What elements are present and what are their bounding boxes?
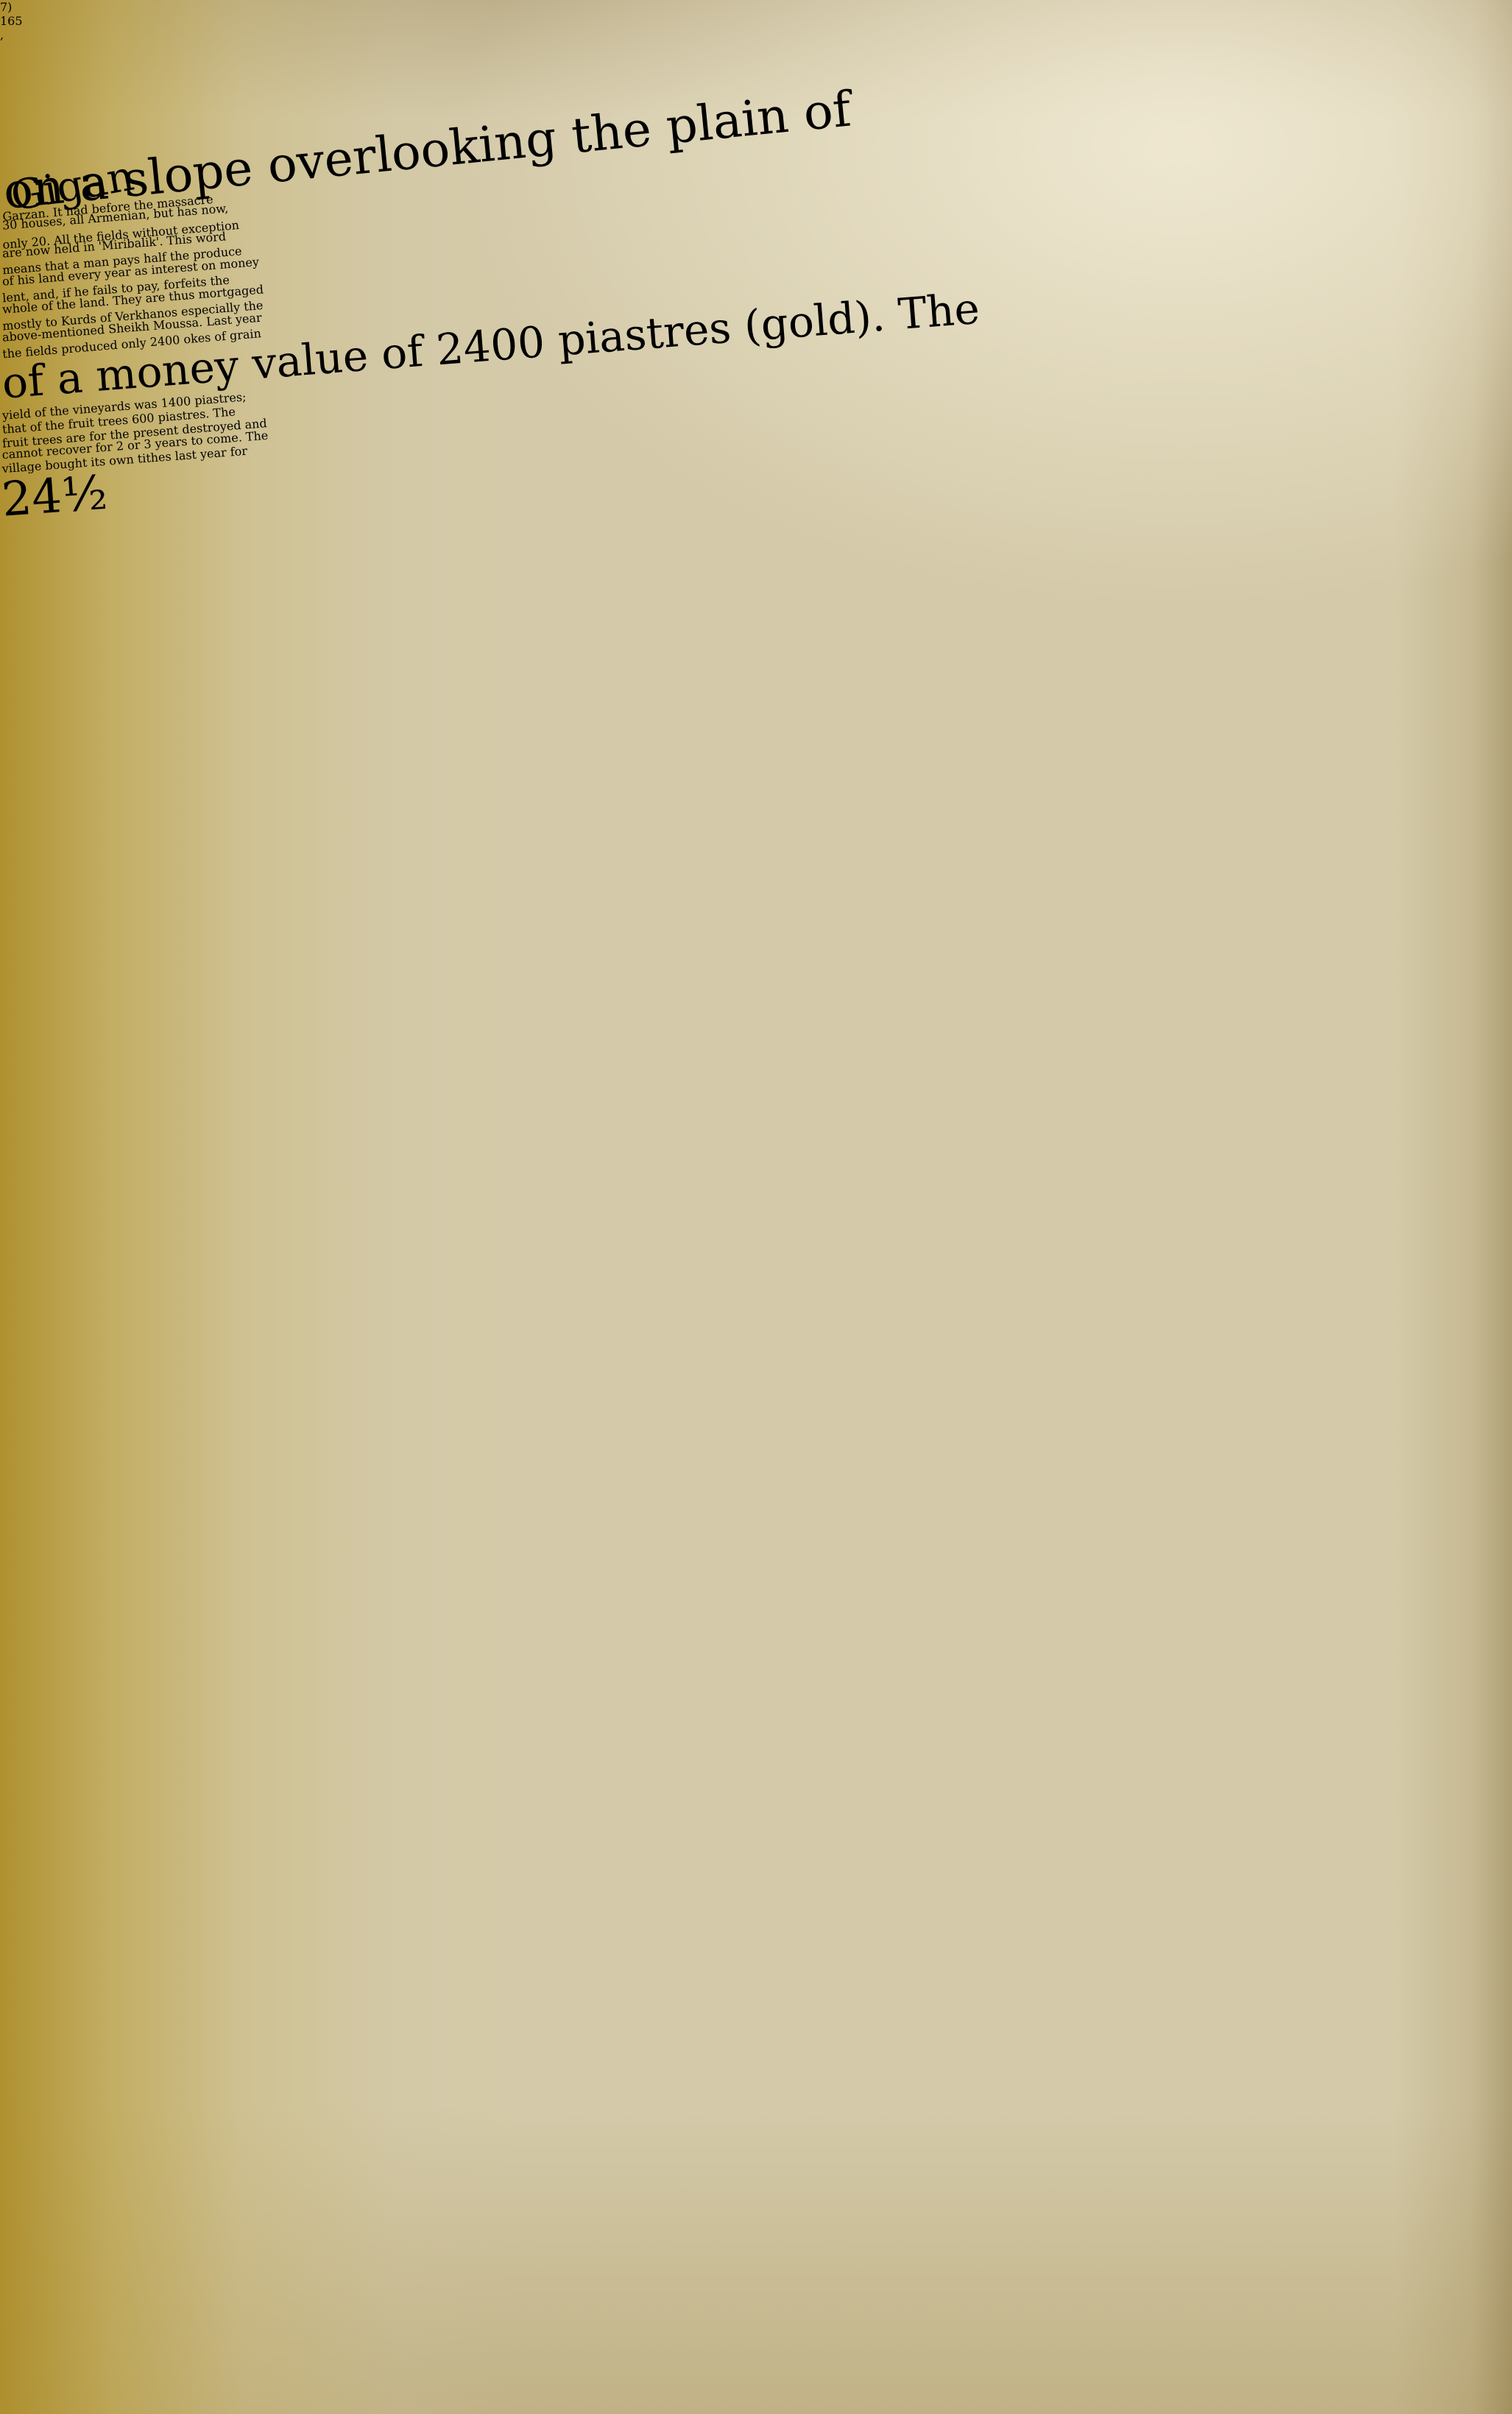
page-number-stamp: 165 — [0, 14, 1512, 28]
manuscript-photo: 7) 165 , Gigan on a slope overlooking th… — [0, 0, 1512, 2414]
book-top-edge — [0, 0, 1512, 10]
